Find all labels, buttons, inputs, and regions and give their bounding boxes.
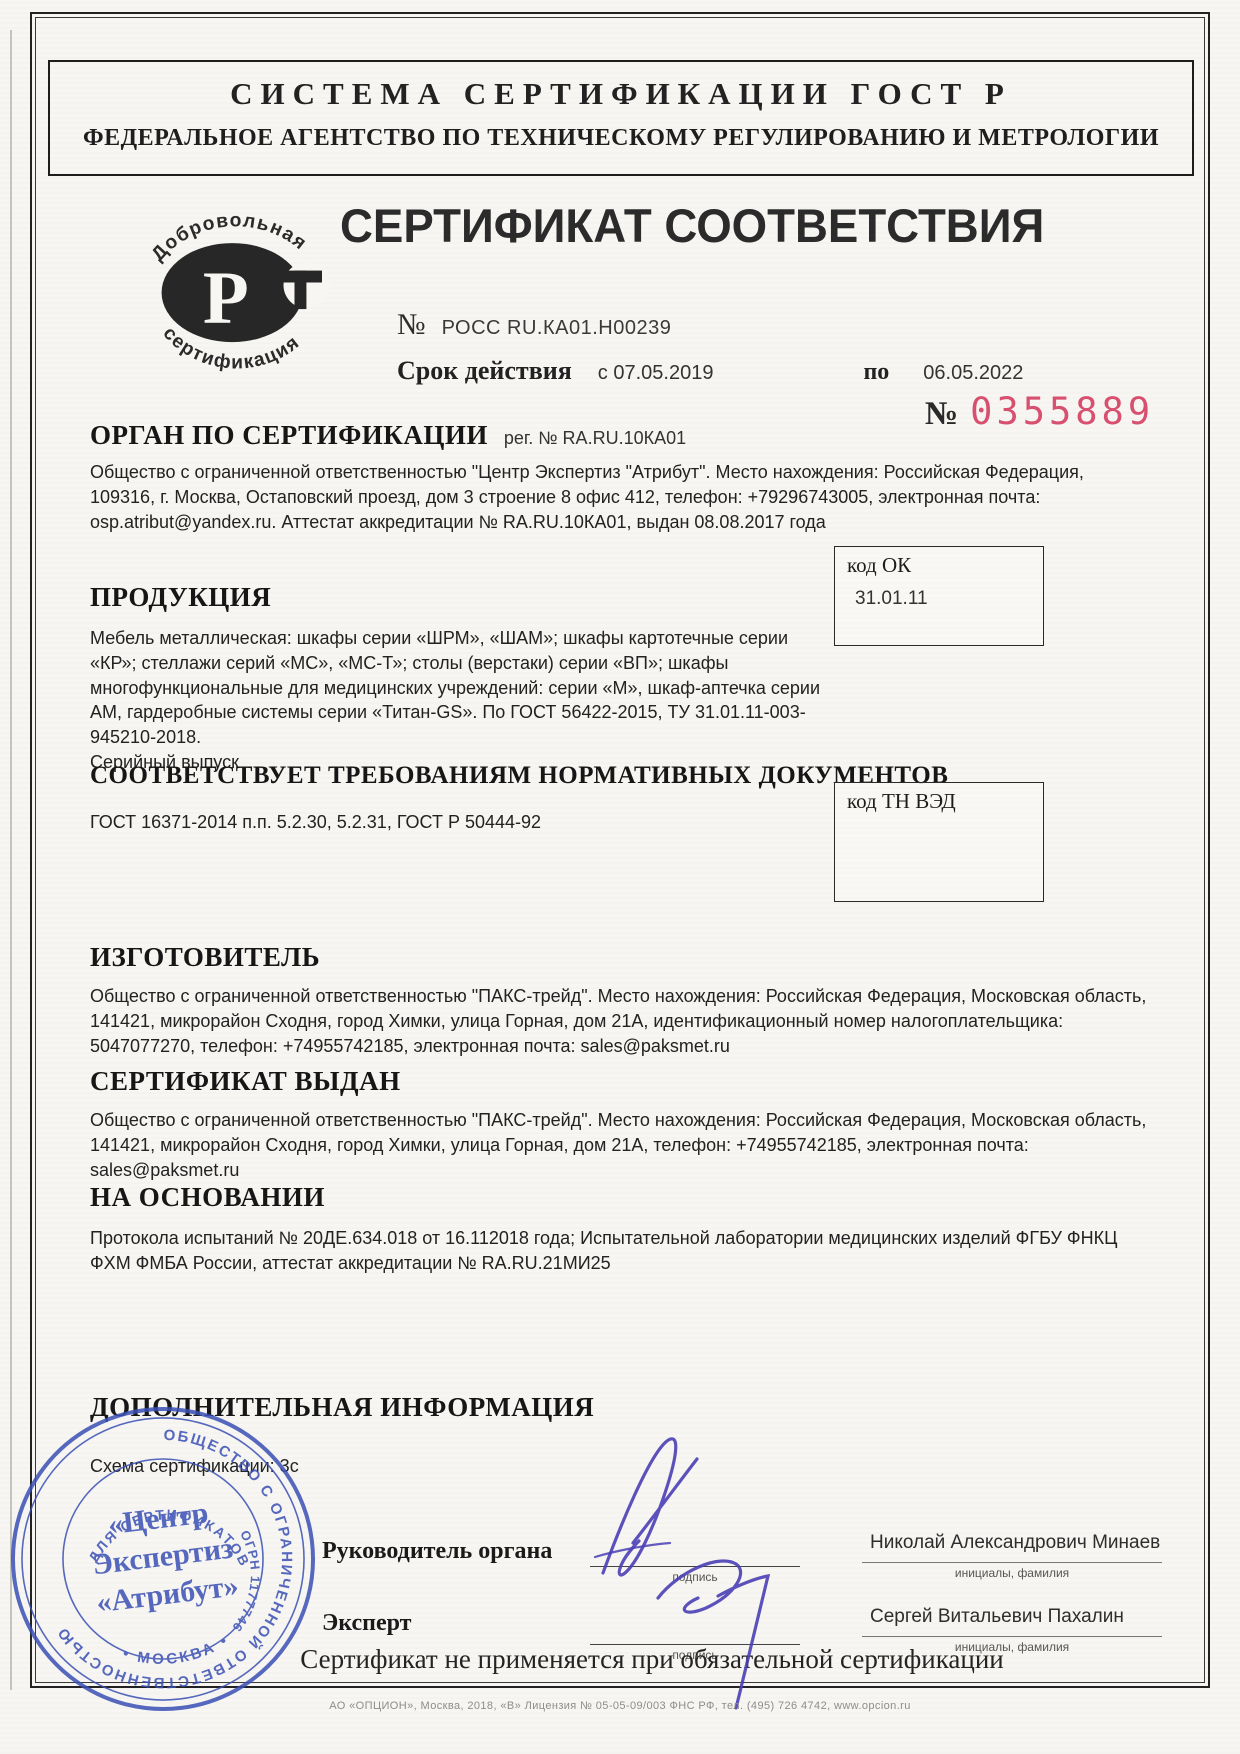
head-name-line (862, 1562, 1162, 1563)
ok-code-value: 31.01.11 (835, 578, 1043, 610)
agency-title: ФЕДЕРАЛЬНОЕ АГЕНТСТВО ПО ТЕХНИЧЕСКОМУ РЕ… (50, 125, 1192, 152)
logo-monogram-r: Р (203, 257, 249, 340)
validity-row: Срок действия с 07.05.2019 по 06.05.2022 (397, 356, 1023, 386)
compliance-requirements: ГОСТ 16371-2014 п.п. 5.2.30, 5.2.31, ГОС… (90, 810, 810, 835)
product-description: Мебель металлическая: шкафы серии «ШРМ»,… (90, 626, 832, 750)
compliance-heading: СООТВЕТСТВУЕТ ТРЕБОВАНИЯМ НОРМАТИВНЫХ ДО… (90, 762, 948, 790)
stamp-center-line1: «Центр (106, 1496, 210, 1541)
validity-to-date: 06.05.2022 (923, 362, 1023, 385)
blank-number-sign: № (925, 396, 958, 433)
expert-name: Сергей Витальевич Пахалин (870, 1606, 1124, 1628)
certificate-number: РОСС RU.КА01.Н00239 (442, 317, 672, 340)
head-signature-caption: подпись (590, 1570, 800, 1584)
rst-voluntary-certification-logo: Добровольная Р сертификация (124, 180, 344, 374)
expert-name-line (862, 1636, 1162, 1637)
ok-code-box: код ОК 31.01.11 (834, 546, 1044, 646)
basis-heading: НА ОСНОВАНИИ (90, 1182, 325, 1213)
product-section-heading: ПРОДУКЦИЯ (90, 582, 271, 613)
validity-to-label: по (863, 359, 889, 386)
certificate-page: СИСТЕМА СЕРТИФИКАЦИИ ГОСТ Р ФЕДЕРАЛЬНОЕ … (0, 0, 1240, 1754)
org-reg-number: рег. № RA.RU.10КА01 (504, 428, 686, 449)
header-box: СИСТЕМА СЕРТИФИКАЦИИ ГОСТ Р ФЕДЕРАЛЬНОЕ … (48, 60, 1194, 176)
blank-number-row: № 0355889 (925, 390, 1154, 433)
product-description-block: Мебель металлическая: шкафы серии «ШРМ»,… (90, 626, 832, 775)
blank-number-value: 0355889 (970, 390, 1154, 433)
ok-code-label: код ОК (835, 547, 1043, 578)
validity-from-date: с 07.05.2019 (598, 362, 714, 385)
org-section-heading-row: ОРГАН ПО СЕРТИФИКАЦИИ рег. № RA.RU.10КА0… (90, 420, 686, 451)
org-description: Общество с ограниченной ответственностью… (90, 460, 1148, 534)
logo-t-stem (295, 271, 307, 309)
issued-heading: СЕРТИФИКАТ ВЫДАН (90, 1066, 401, 1097)
tnved-code-label: код ТН ВЭД (835, 783, 1043, 814)
tnved-code-box: код ТН ВЭД (834, 782, 1044, 902)
org-round-stamp: ОБЩЕСТВО С ОГРАНИЧЕННОЙ ОТВЕТСТВЕННОСТЬЮ… (0, 1380, 342, 1739)
head-signature-line (590, 1566, 800, 1567)
certificate-title: СЕРТИФИКАТ СООТВЕТСТВИЯ (340, 198, 1044, 253)
basis-description: Протокола испытаний № 20ДЕ.634.018 от 16… (90, 1226, 1142, 1276)
issued-description: Общество с ограниченной ответственностью… (90, 1108, 1152, 1182)
org-section-heading: ОРГАН ПО СЕРТИФИКАЦИИ (90, 420, 488, 451)
validity-label: Срок действия (397, 356, 572, 386)
manufacturer-heading: ИЗГОТОВИТЕЛЬ (90, 942, 320, 973)
expert-role-label: Эксперт (322, 1610, 411, 1637)
print-info: АО «ОПЦИОН», Москва, 2018, «В» Лицензия … (120, 1700, 1120, 1712)
manufacturer-description: Общество с ограниченной ответственностью… (90, 984, 1150, 1058)
gost-system-title: СИСТЕМА СЕРТИФИКАЦИИ ГОСТ Р (50, 76, 1192, 112)
number-sign: № (397, 308, 426, 342)
head-role-label: Руководитель органа (322, 1538, 552, 1565)
head-name: Николай Александрович Минаев (870, 1532, 1160, 1554)
head-name-caption: инициалы, фамилия (862, 1566, 1162, 1580)
certificate-number-row: № РОСС RU.КА01.Н00239 (397, 308, 671, 342)
